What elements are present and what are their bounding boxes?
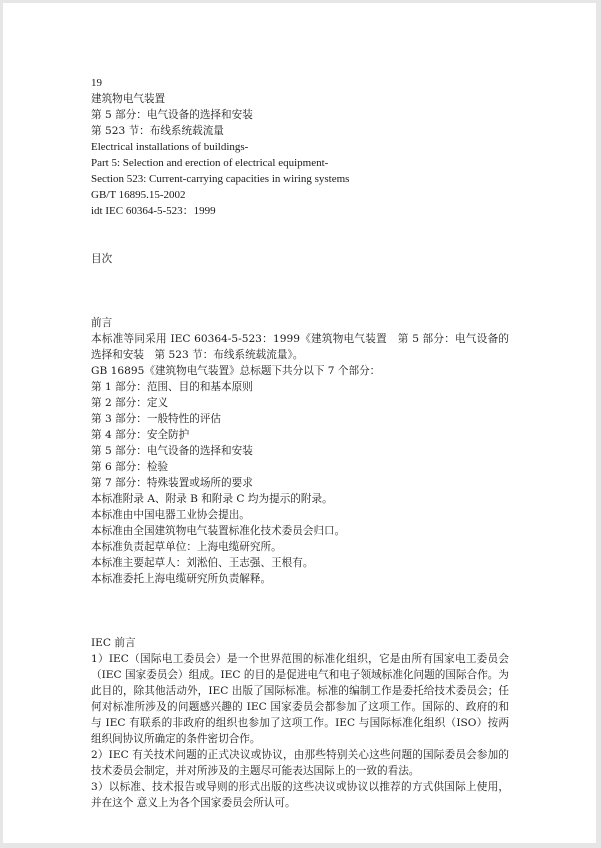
part-cn: 第 5 部分：电气设备的选择和安装 (91, 107, 509, 123)
preface-note: 本标准负责起草单位：上海电缆研究所。 (91, 539, 509, 555)
preface-note: 本标准由中国电器工业协会提出。 (91, 507, 509, 523)
preface-section: 前言 本标准等同采用 IEC 60364-5-523：1999《建筑物电气装置 … (91, 315, 509, 587)
iec-preface-section: IEC 前言 1）IEC（国际电工委员会）是一个世界范围的标准化组织，它是由所有… (91, 635, 509, 811)
spacer (91, 587, 509, 635)
list-item: 第 6 部分：检验 (91, 459, 509, 475)
list-item: 第 7 部分：特殊装置或场所的要求 (91, 475, 509, 491)
document-header: 19 建筑物电气装置 第 5 部分：电气设备的选择和安装 第 523 节：布线系… (91, 75, 509, 219)
preface-note: 本标准委托上海电缆研究所负责解释。 (91, 571, 509, 587)
part-en: Part 5: Selection and erection of electr… (91, 155, 509, 171)
parts-list: 第 1 部分：范围、目的和基本原则 第 2 部分：定义 第 3 部分：一般特性的… (91, 379, 509, 491)
spacer (91, 219, 509, 251)
iec-preface-item-1: 1）IEC（国际电工委员会）是一个世界范围的标准化组织，它是由所有国家电工委员会… (91, 651, 509, 747)
iec-preface-item-3: 3）以标准、技术报告或导则的形式出版的这些决议或协议以推荐的方式供国际上使用，并… (91, 779, 509, 811)
document-content: 19 建筑物电气装置 第 5 部分：电气设备的选择和安装 第 523 节：布线系… (91, 75, 509, 811)
toc-heading: 目次 (91, 251, 509, 267)
list-item: 第 5 部分：电气设备的选择和安装 (91, 443, 509, 459)
preface-note: 本标准附录 A、附录 B 和附录 C 均为提示的附录。 (91, 491, 509, 507)
iec-preface-heading: IEC 前言 (91, 635, 509, 651)
preface-series-intro: GB 16895《建筑物电气装置》总标题下共分以下 7 个部分： (91, 363, 509, 379)
list-item: 第 3 部分：一般特性的评估 (91, 411, 509, 427)
preface-note: 本标准由全国建筑物电气装置标准化技术委员会归口。 (91, 523, 509, 539)
standard-number: GB/T 16895.15-2002 (91, 187, 509, 203)
preface-heading: 前言 (91, 315, 509, 331)
list-item: 第 4 部分：安全防护 (91, 427, 509, 443)
section-en: Section 523: Current-carrying capacities… (91, 171, 509, 187)
title-cn: 建筑物电气装置 (91, 91, 509, 107)
preface-notes: 本标准附录 A、附录 B 和附录 C 均为提示的附录。 本标准由中国电器工业协会… (91, 491, 509, 587)
preface-adoption-paragraph: 本标准等同采用 IEC 60364-5-523：1999《建筑物电气装置 第 5… (91, 331, 509, 363)
section-cn: 第 523 节：布线系统载流量 (91, 123, 509, 139)
iec-preface-item-2: 2）IEC 有关技术问题的正式决议或协议，由那些特别关心这些问题的国际委员会参加… (91, 747, 509, 779)
list-item: 第 1 部分：范围、目的和基本原则 (91, 379, 509, 395)
idt-reference: idt IEC 60364-5-523：1999 (91, 203, 509, 219)
toc-section: 目次 (91, 251, 509, 267)
page-number: 19 (91, 75, 509, 91)
title-en: Electrical installations of buildings- (91, 139, 509, 155)
spacer (91, 267, 509, 315)
list-item: 第 2 部分：定义 (91, 395, 509, 411)
document-page: 19 建筑物电气装置 第 5 部分：电气设备的选择和安装 第 523 节：布线系… (3, 3, 596, 843)
preface-note: 本标准主要起草人：刘淞伯、王志强、王根有。 (91, 555, 509, 571)
